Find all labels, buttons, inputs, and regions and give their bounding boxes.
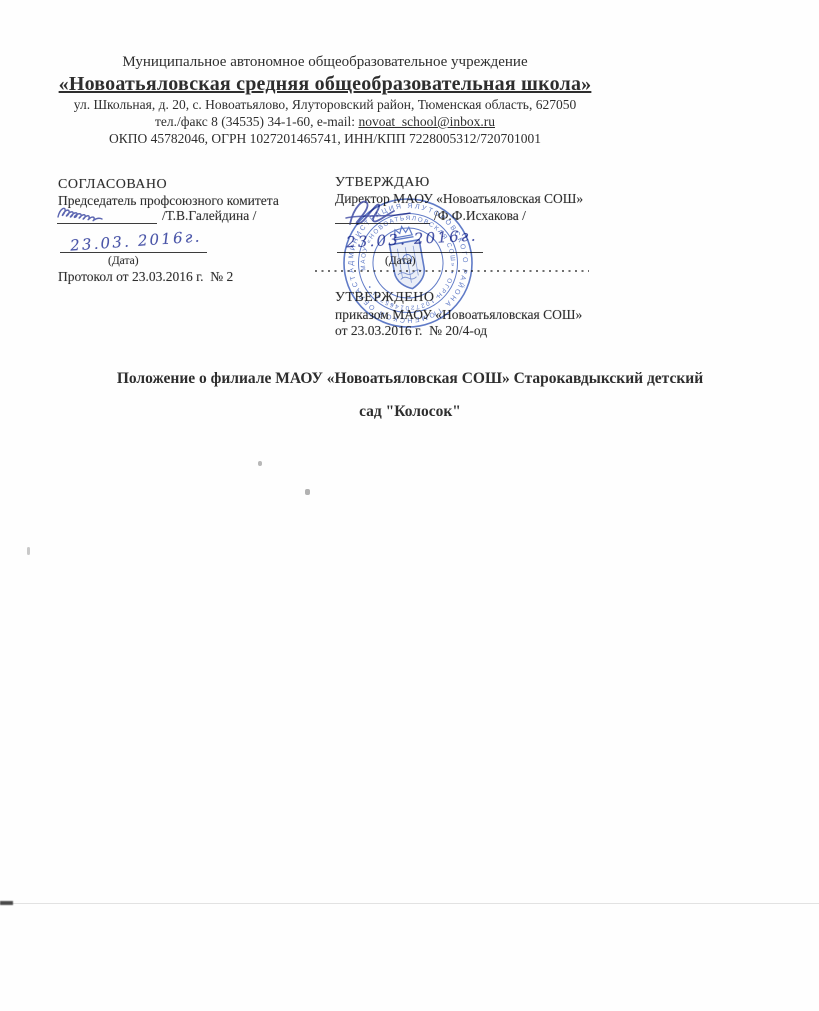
address-line: ул. Школьная, д. 20, с. Новоатьялово, Ял… xyxy=(0,97,650,113)
document-title: Положение о филиале МАОУ «Новоатьяловска… xyxy=(15,362,805,428)
contacts-line: тел./факс 8 (34535) 34-1-60, e-mail: nov… xyxy=(0,114,650,130)
signature-line-left xyxy=(57,223,157,224)
organization-type: Муниципальное автономное общеобразовател… xyxy=(0,54,650,71)
scan-speck xyxy=(27,547,30,555)
handwritten-date-left: 23.03. 2016г. xyxy=(70,227,203,254)
scan-speck xyxy=(305,489,310,495)
protocol-line: Протокол от 23.03.2016 г. № 2 xyxy=(58,269,233,285)
school-name: «Новоатьяловская средняя общеобразовател… xyxy=(0,73,650,96)
date-label-left: (Дата) xyxy=(108,255,139,267)
registry-codes: ОКПО 45782046, ОГРН 1027201465741, ИНН/К… xyxy=(0,131,650,147)
seal-crown-icon xyxy=(392,225,414,240)
date-line-left xyxy=(60,252,207,253)
phone-fax: тел./факс 8 (34535) 34-1-60, e-mail: xyxy=(155,114,358,129)
agreed-name: /Т.В.Галейдина / xyxy=(162,208,256,224)
document-title-line1: Положение о филиале МАОУ «Новоатьяловска… xyxy=(15,362,805,395)
document-title-line2: сад "Колосок" xyxy=(15,395,805,428)
approve-heading: УТВЕРЖДАЮ xyxy=(335,175,430,191)
email-text: novoat_school@inbox.ru xyxy=(358,114,495,129)
official-seal-stamp: АДМИНИСТРАЦИЯ ЯЛУТОРОВСКОГО РАЙОНА ТЮМЕН… xyxy=(340,195,476,331)
letterhead: Муниципальное автономное общеобразовател… xyxy=(0,54,650,147)
scan-line-artifact xyxy=(0,903,819,904)
scan-speck xyxy=(258,461,262,466)
agreed-heading: СОГЛАСОВАНО xyxy=(58,177,167,193)
seal-shield-icon xyxy=(390,240,428,291)
scan-blob-artifact xyxy=(0,901,13,905)
scanned-document-page: Муниципальное автономное общеобразовател… xyxy=(0,0,819,1011)
